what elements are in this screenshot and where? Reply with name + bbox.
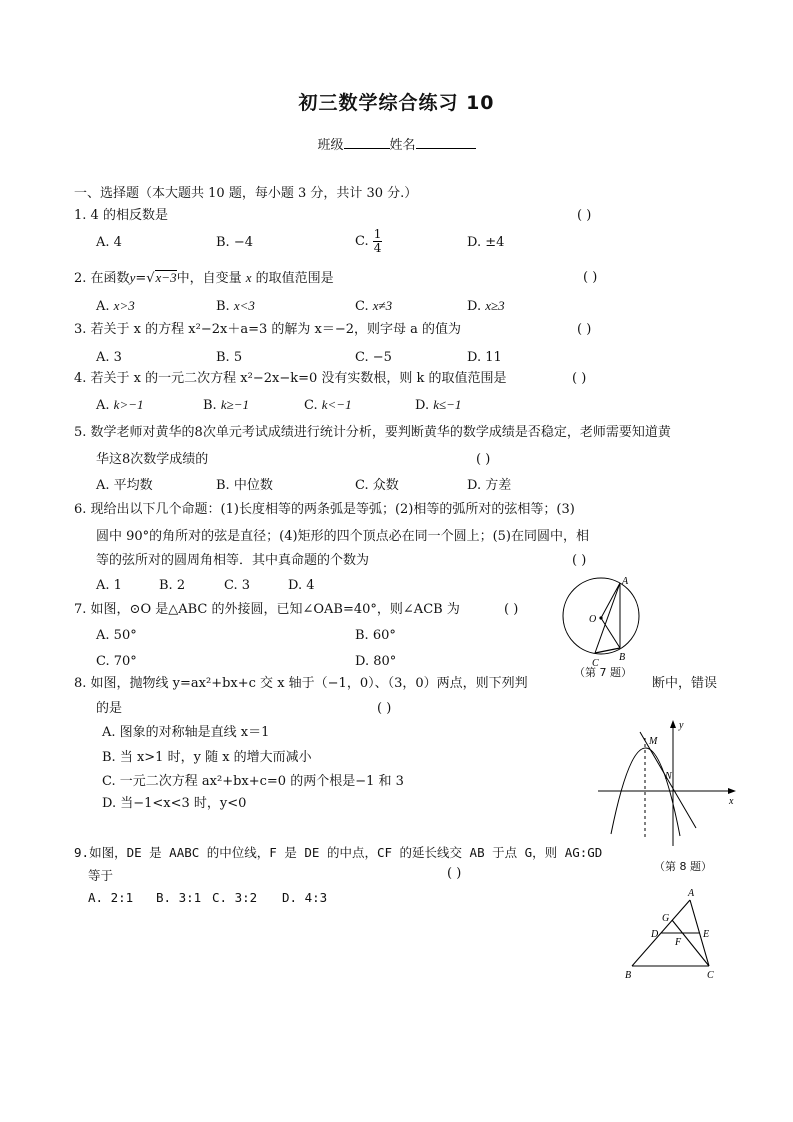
figure-q7-circle: A O B C （第 7 题） bbox=[556, 572, 646, 680]
student-info-line: 班级姓名 bbox=[0, 134, 793, 153]
question-9-stem-line1: 9.如图，DE 是 AABC 的中位线，F 是 DE 的中点，CF 的延长线交 … bbox=[74, 843, 602, 861]
q7-option-c[interactable]: C. 70° bbox=[96, 654, 137, 670]
q5-option-d[interactable]: D. 方差 bbox=[467, 478, 511, 494]
question-number: 1. bbox=[74, 208, 86, 223]
q9-option-b[interactable]: B. 3:1 bbox=[156, 890, 201, 905]
q1-option-c[interactable]: C. 14 bbox=[355, 228, 382, 255]
answer-paren[interactable]: ( ) bbox=[583, 270, 597, 285]
answer-paren[interactable]: ( ) bbox=[476, 452, 490, 467]
q1-option-d[interactable]: D. ±4 bbox=[467, 235, 504, 251]
question-8-stem-line2: 的是 bbox=[96, 701, 122, 717]
circle-triangle-diagram: A O B C bbox=[556, 572, 646, 667]
section-title: 一、选择题 bbox=[74, 186, 139, 201]
svg-text:y: y bbox=[678, 720, 684, 731]
svg-text:C: C bbox=[707, 970, 714, 981]
q5-option-a[interactable]: A. 平均数 bbox=[96, 478, 153, 494]
answer-paren[interactable]: ( ) bbox=[447, 866, 461, 881]
q7-option-d[interactable]: D. 80° bbox=[355, 654, 396, 670]
svg-text:B: B bbox=[619, 652, 625, 663]
question-5-stem-line1: 5. 数学老师对黄华的8次单元考试成绩进行统计分析，要判断黄华的数学成绩是否稳定… bbox=[74, 425, 671, 441]
q1-option-a[interactable]: A. 4 bbox=[96, 235, 122, 251]
svg-text:E: E bbox=[702, 929, 709, 940]
question-text: 4 的相反数是 bbox=[91, 208, 168, 223]
figure-q9-triangle: A G D E F B C bbox=[618, 886, 728, 981]
question-3-stem: 3. 若关于 x 的方程 x²−2x＋a=3 的解为 x＝−2，则字母 a 的值… bbox=[74, 322, 461, 338]
svg-text:A: A bbox=[621, 576, 629, 587]
q4-option-c[interactable]: C. k<−1 bbox=[304, 397, 352, 414]
svg-text:B: B bbox=[625, 970, 631, 981]
answer-paren[interactable]: ( ) bbox=[577, 208, 591, 223]
q3-option-a[interactable]: A. 3 bbox=[96, 350, 122, 366]
answer-paren[interactable]: ( ) bbox=[572, 371, 586, 386]
svg-text:D: D bbox=[650, 929, 659, 940]
answer-paren[interactable]: ( ) bbox=[572, 553, 586, 568]
question-4-stem: 4. 若关于 x 的一元二次方程 x²−2x−k=0 没有实数根，则 k 的取值… bbox=[74, 371, 507, 387]
fraction: 14 bbox=[373, 228, 383, 255]
question-8-stem-line1-tail: 断中，错误 bbox=[652, 676, 717, 692]
q8-option-d[interactable]: D. 当−1<x<3 时，y<0 bbox=[102, 796, 246, 812]
q7-option-a[interactable]: A. 50° bbox=[96, 628, 137, 644]
svg-text:O: O bbox=[589, 614, 596, 625]
q6-option-c[interactable]: C. 3 bbox=[224, 578, 250, 594]
svg-text:A: A bbox=[687, 888, 695, 899]
section-heading: 一、选择题（本大题共 10 题，每小题 3 分，共计 30 分.） bbox=[74, 182, 417, 201]
q2-option-d[interactable]: D. x≥3 bbox=[467, 298, 505, 315]
q9-option-a[interactable]: A. 2:1 bbox=[88, 890, 133, 905]
q3-option-b[interactable]: B. 5 bbox=[216, 350, 242, 366]
section-note: （本大题共 10 题，每小题 3 分，共计 30 分.） bbox=[139, 186, 417, 201]
q5-option-b[interactable]: B. 中位数 bbox=[216, 478, 273, 494]
question-6-stem-line3: 等的弦所对的圆周角相等．其中真命题的个数为 bbox=[96, 553, 369, 569]
q6-option-a[interactable]: A. 1 bbox=[96, 578, 122, 594]
parabola-graph: M N x y bbox=[596, 716, 746, 846]
q4-option-a[interactable]: A. k>−1 bbox=[96, 397, 144, 414]
question-7-stem: 7. 如图，⊙O 是△ABC 的外接圆，已知∠OAB=40°，则∠ACB 为 bbox=[74, 602, 460, 618]
q9-option-d[interactable]: D. 4:3 bbox=[282, 890, 327, 905]
svg-text:G: G bbox=[662, 913, 669, 924]
class-blank[interactable] bbox=[344, 136, 390, 149]
q8-option-b[interactable]: B. 当 x>1 时，y 随 x 的增大而减小 bbox=[102, 750, 312, 766]
figure-q8-parabola: M N x y （第 8 题） bbox=[596, 716, 746, 876]
q2-option-c[interactable]: C. x≠3 bbox=[355, 298, 392, 315]
page-title: 初三数学综合练习 10 bbox=[0, 88, 793, 115]
question-5-stem-line2: 华这8次数学成绩的 bbox=[96, 452, 208, 468]
answer-paren[interactable]: ( ) bbox=[377, 701, 391, 716]
question-6-stem-line1: 6. 现给出以下几个命题：(1)长度相等的两条弧是等弧；(2)相等的弧所对的弦相… bbox=[74, 502, 575, 518]
q3-option-c[interactable]: C. −5 bbox=[355, 350, 392, 366]
question-2-stem: 2. 在函数y=√x−3中，自变量 x 的取值范围是 bbox=[74, 270, 334, 287]
q8-option-a[interactable]: A. 图象的对称轴是直线 x＝1 bbox=[102, 725, 269, 741]
question-8-stem-line1: 8. 如图，抛物线 y=ax²+bx+c 交 x 轴于（−1，0）、（3，0）两… bbox=[74, 676, 528, 692]
q4-option-b[interactable]: B. k≥−1 bbox=[203, 397, 249, 414]
question-6-stem-line2: 圆中 90°的角所对的弦是直径；(4)矩形的四个顶点必在同一个圆上；(5)在同圆… bbox=[96, 529, 589, 545]
figure-caption: （第 8 题） bbox=[654, 858, 712, 874]
q8-option-c[interactable]: C. 一元二次方程 ax²+bx+c=0 的两个根是−1 和 3 bbox=[102, 774, 404, 790]
name-blank[interactable] bbox=[416, 136, 476, 149]
q2-option-b[interactable]: B. x<3 bbox=[216, 298, 255, 315]
q5-option-c[interactable]: C. 众数 bbox=[355, 478, 399, 494]
square-root: x−3 bbox=[155, 270, 177, 286]
svg-text:F: F bbox=[674, 937, 682, 948]
q3-option-d[interactable]: D. 11 bbox=[467, 350, 502, 366]
q9-option-c[interactable]: C. 3:2 bbox=[212, 890, 257, 905]
svg-text:M: M bbox=[648, 736, 658, 747]
answer-paren[interactable]: ( ) bbox=[577, 322, 591, 337]
svg-text:x: x bbox=[728, 796, 734, 807]
q4-option-d[interactable]: D. k≤−1 bbox=[415, 397, 461, 414]
q1-option-b[interactable]: B. −4 bbox=[216, 235, 253, 251]
question-1-stem: 1. 4 的相反数是 bbox=[74, 208, 168, 224]
triangle-midline-diagram: A G D E F B C bbox=[618, 886, 728, 981]
figure-caption: （第 7 题） bbox=[574, 664, 632, 680]
q6-option-d[interactable]: D. 4 bbox=[288, 578, 315, 594]
q6-option-b[interactable]: B. 2 bbox=[159, 578, 185, 594]
svg-text:N: N bbox=[664, 771, 673, 782]
q7-option-b[interactable]: B. 60° bbox=[355, 628, 396, 644]
name-label: 姓名 bbox=[390, 138, 416, 153]
question-9-stem-line2: 等于 bbox=[88, 866, 113, 884]
q2-option-a[interactable]: A. x>3 bbox=[96, 298, 135, 315]
class-label: 班级 bbox=[317, 138, 343, 153]
answer-paren[interactable]: ( ) bbox=[504, 602, 518, 617]
